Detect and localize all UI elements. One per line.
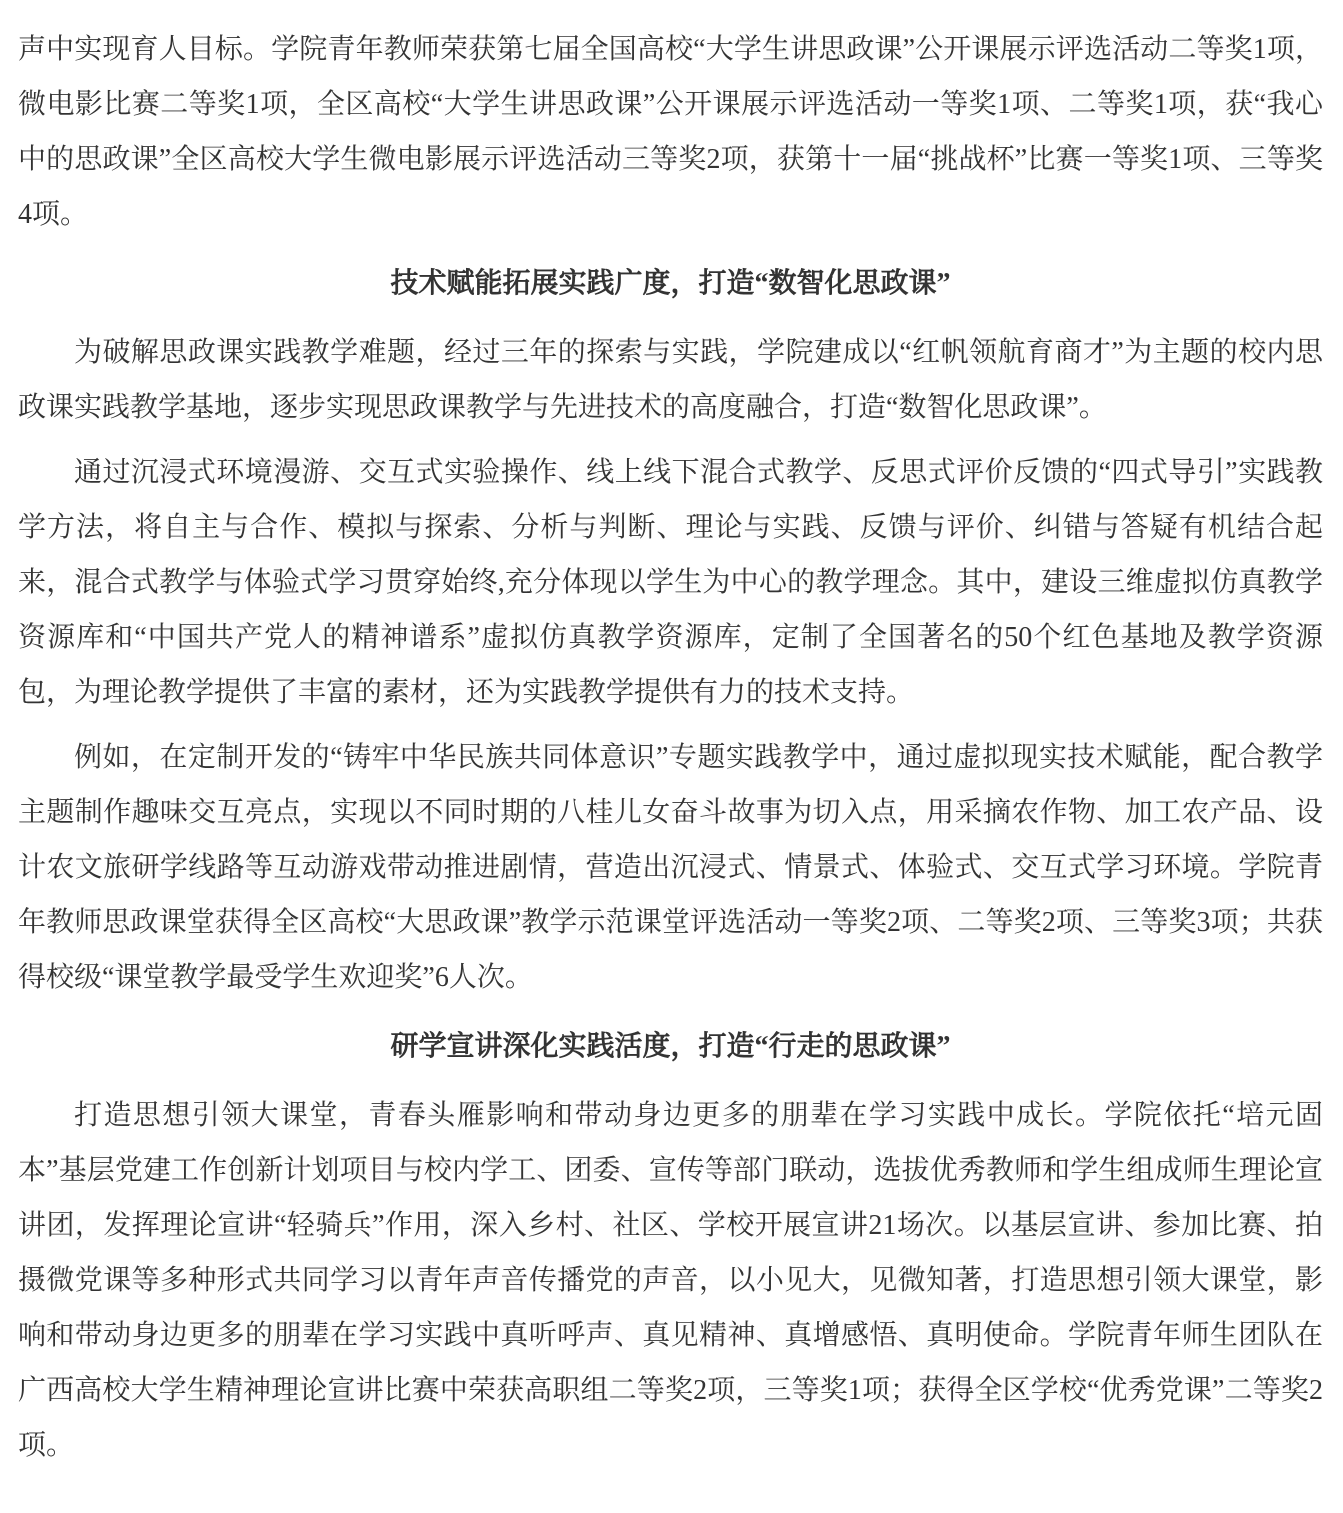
paragraph-theory-preaching-team: 打造思想引领大课堂，青春头雁影响和带动身边更多的朋辈在学习实践中成长。学院依托“… [18, 1088, 1323, 1473]
paragraph-four-mode-guidance-method: 通过沉浸式环境漫游、交互式实验操作、线上线下混合式教学、反思式评价反馈的“四式导… [18, 445, 1323, 720]
paragraph-vr-teaching-example: 例如，在定制开发的“铸牢中华民族共同体意识”专题实践教学中，通过虚拟现实技术赋能… [18, 730, 1323, 1005]
paragraph-awards-continuation: 声中实现育人目标。学院青年教师荣获第七届全国高校“大学生讲思政课”公开课展示评选… [18, 22, 1323, 242]
section-heading-digital-ideology-course: 技术赋能拓展实践广度，打造“数智化思政课” [18, 256, 1323, 311]
paragraph-practice-teaching-base: 为破解思政课实践教学难题，经过三年的探索与实践，学院建成以“红帆领航育商才”为主… [18, 325, 1323, 435]
section-heading-walking-ideology-course: 研学宣讲深化实践活度，打造“行走的思政课” [18, 1019, 1323, 1074]
article-body: 声中实现育人目标。学院青年教师荣获第七届全国高校“大学生讲思政课”公开课展示评选… [0, 0, 1343, 1513]
